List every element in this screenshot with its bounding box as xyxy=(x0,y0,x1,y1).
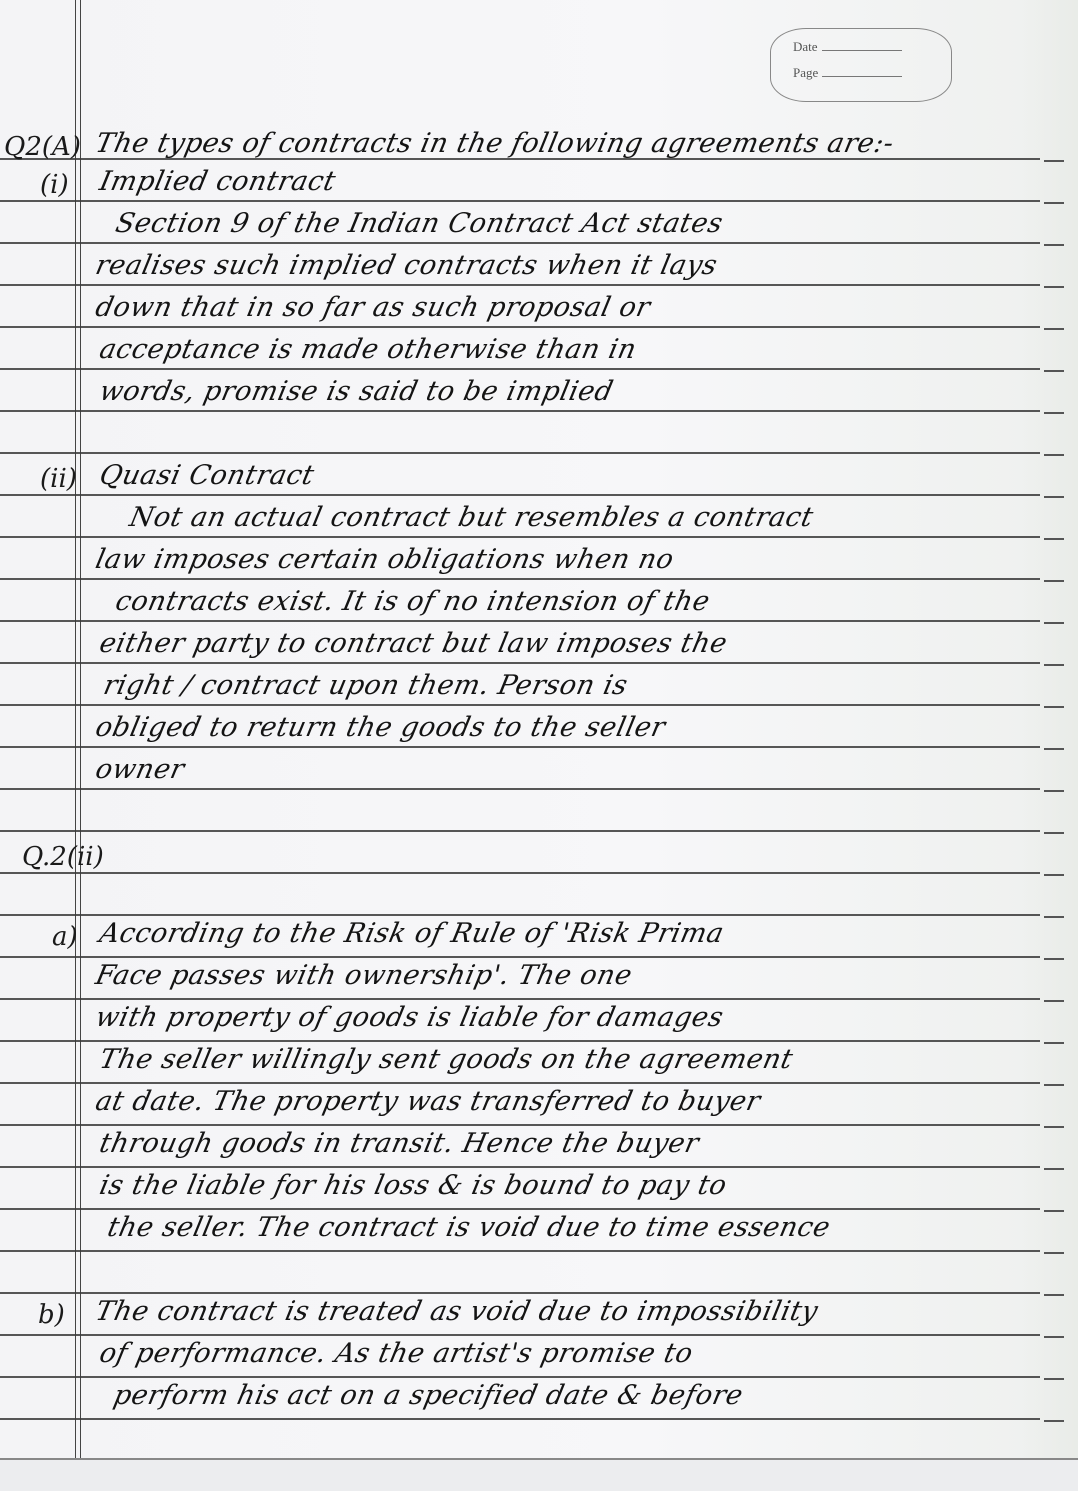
text-line: the seller. The contract is void due to … xyxy=(105,1212,834,1243)
ruled-line xyxy=(0,578,1040,580)
ruled-line xyxy=(0,1376,1040,1378)
edge-tick xyxy=(1044,1420,1064,1422)
edge-tick xyxy=(1044,790,1064,792)
ruled-line xyxy=(0,452,1040,454)
edge-tick xyxy=(1044,1126,1064,1128)
ruled-line xyxy=(0,494,1040,496)
ruled-line xyxy=(0,242,1040,244)
edge-tick xyxy=(1044,874,1064,876)
edge-tick xyxy=(1044,1084,1064,1086)
edge-tick xyxy=(1044,832,1064,834)
edge-tick xyxy=(1044,622,1064,624)
text-line: The seller willingly sent goods on the a… xyxy=(97,1044,796,1075)
edge-tick xyxy=(1044,664,1064,666)
ruled-line xyxy=(0,1040,1040,1042)
text-line: acceptance is made otherwise than in xyxy=(97,334,640,365)
text-line: The contract is treated as void due to i… xyxy=(93,1296,821,1327)
ruled-line xyxy=(0,1334,1040,1336)
edge-tick xyxy=(1044,1210,1064,1212)
date-label: Date xyxy=(793,39,818,54)
text-line: owner xyxy=(93,754,188,785)
edge-tick xyxy=(1044,454,1064,456)
edge-tick xyxy=(1044,1378,1064,1380)
text-line: obliged to return the goods to the selle… xyxy=(93,712,669,743)
edge-tick xyxy=(1044,160,1064,162)
edge-tick xyxy=(1044,958,1064,960)
ruled-line xyxy=(0,872,1040,874)
page-bottom-edge xyxy=(0,1458,1078,1491)
text-line: through goods in transit. Hence the buye… xyxy=(97,1128,702,1159)
ruled-line xyxy=(0,1166,1040,1168)
ruled-line xyxy=(0,704,1040,706)
text-line: realises such implied contracts when it … xyxy=(93,250,720,281)
edge-tick xyxy=(1044,370,1064,372)
ruled-line xyxy=(0,368,1040,370)
page-label: Page xyxy=(793,65,818,80)
part-marker: b) xyxy=(38,1300,65,1330)
text-line: perform his act on a specified date & be… xyxy=(111,1380,746,1411)
edge-tick xyxy=(1044,538,1064,540)
date-page-box: Date Page xyxy=(770,28,952,102)
ruled-line xyxy=(0,326,1040,328)
notebook-page: Date Page Q2(A) The types of contracts i… xyxy=(0,0,1078,1491)
edge-tick xyxy=(1044,580,1064,582)
text-line: Not an actual contract but resembles a c… xyxy=(127,502,816,533)
text-line: contracts exist. It is of no intension o… xyxy=(113,586,713,617)
date-field: Date xyxy=(793,39,902,55)
question-label: Q.2(ii) xyxy=(22,842,104,872)
ruled-line xyxy=(0,830,1040,832)
section-marker: (ii) xyxy=(40,464,77,494)
ruled-line xyxy=(0,1082,1040,1084)
ruled-line xyxy=(0,1418,1040,1420)
text-line: at date. The property was transferred to… xyxy=(93,1086,764,1117)
text-line: is the liable for his loss & is bound to… xyxy=(97,1170,730,1201)
section-marker: (i) xyxy=(40,170,69,200)
ruled-line xyxy=(0,1124,1040,1126)
text-line: with property of goods is liable for dam… xyxy=(93,1002,727,1033)
ruled-line xyxy=(0,956,1040,958)
ruled-line xyxy=(0,662,1040,664)
question-label: Q2(A) xyxy=(4,132,81,162)
ruled-line xyxy=(0,1208,1040,1210)
ruled-line xyxy=(0,746,1040,748)
edge-tick xyxy=(1044,1000,1064,1002)
text-line: either party to contract but law imposes… xyxy=(97,628,731,659)
edge-tick xyxy=(1044,748,1064,750)
edge-tick xyxy=(1044,1294,1064,1296)
ruled-line xyxy=(0,1292,1040,1294)
edge-tick xyxy=(1044,916,1064,918)
ruled-line xyxy=(0,410,1040,412)
edge-tick xyxy=(1044,328,1064,330)
section-title: Implied contract xyxy=(97,166,339,197)
text-line: Face passes with ownership'. The one xyxy=(93,960,635,991)
edge-tick xyxy=(1044,706,1064,708)
part-marker: a) xyxy=(52,922,78,952)
ruled-line xyxy=(0,788,1040,790)
edge-tick xyxy=(1044,1168,1064,1170)
edge-tick xyxy=(1044,244,1064,246)
text-line: right / contract upon them. Person is xyxy=(101,670,631,701)
text-line: down that in so far as such proposal or xyxy=(93,292,654,323)
edge-tick xyxy=(1044,286,1064,288)
ruled-line xyxy=(0,536,1040,538)
ruled-line xyxy=(0,620,1040,622)
edge-tick xyxy=(1044,1336,1064,1338)
edge-tick xyxy=(1044,1042,1064,1044)
text-line: law imposes certain obligations when no xyxy=(93,544,677,575)
text-line: Section 9 of the Indian Contract Act sta… xyxy=(113,208,726,239)
answer-intro: The types of contracts in the following … xyxy=(93,128,897,159)
section-title: Quasi Contract xyxy=(97,460,317,491)
text-line: words, promise is said to be implied xyxy=(97,376,616,407)
edge-tick xyxy=(1044,496,1064,498)
ruled-line xyxy=(0,914,1040,916)
edge-tick xyxy=(1044,1252,1064,1254)
ruled-line xyxy=(0,998,1040,1000)
text-line: According to the Risk of Rule of 'Risk P… xyxy=(97,918,727,949)
page-field: Page xyxy=(793,65,902,81)
ruled-line xyxy=(0,284,1040,286)
text-line: of performance. As the artist's promise … xyxy=(97,1338,696,1369)
edge-tick xyxy=(1044,202,1064,204)
edge-tick xyxy=(1044,412,1064,414)
ruled-line xyxy=(0,200,1040,202)
ruled-line xyxy=(0,1250,1040,1252)
